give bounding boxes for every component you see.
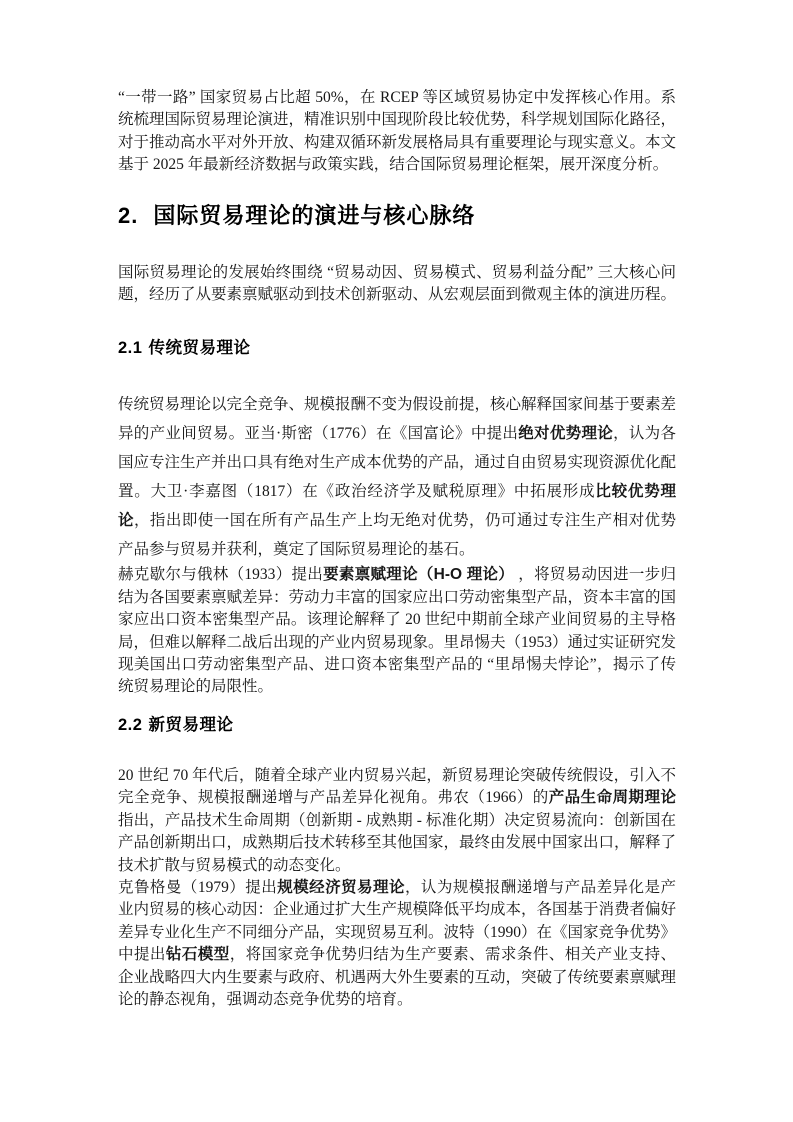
text-run: “一带一路” 国家贸易占比超 50%，在 RCEP 等区域贸易协定中发挥核心作用… bbox=[118, 89, 676, 173]
section-2-1-heading-number: 2.1 bbox=[118, 339, 142, 357]
document-page: “一带一路” 国家贸易占比超 50%，在 RCEP 等区域贸易协定中发挥核心作用… bbox=[0, 0, 793, 1122]
bold-term: 绝对优势理论 bbox=[518, 425, 613, 442]
section-2-1-heading-title: 传统贸易理论 bbox=[148, 339, 250, 357]
bold-term: 规模经济贸易理论 bbox=[277, 879, 405, 896]
traditional-theory-paragraph-1: 传统贸易理论以完全竞争、规模报酬不变为假设前提，核心解释国家间基于要素差异的产业… bbox=[118, 390, 676, 564]
section-2-1-heading: 2.1传统贸易理论 bbox=[118, 337, 676, 359]
text-run: 指出，产品技术生命周期（创新期 - 成熟期 - 标准化期）决定贸易流向：创新国在… bbox=[118, 812, 676, 874]
text-run: 国际贸易理论的发展始终围绕 “贸易动因、贸易模式、贸易利益分配” 三大核心问题，… bbox=[118, 264, 676, 303]
section-2-heading: 2.国际贸易理论的演进与核心脉络 bbox=[118, 201, 676, 231]
traditional-theory-paragraph-2: 赫克歇尔与俄林（1933）提出要素禀赋理论（H-O 理论） ，将贸易动因进一步归… bbox=[118, 564, 676, 698]
section-2-2-heading-title: 新贸易理论 bbox=[148, 716, 233, 734]
document-content: “一带一路” 国家贸易占比超 50%，在 RCEP 等区域贸易协定中发挥核心作用… bbox=[118, 87, 676, 1011]
section-2-heading-title: 国际贸易理论的演进与核心脉络 bbox=[153, 203, 475, 228]
bold-term: 产品生命周期理论 bbox=[549, 789, 676, 806]
new-trade-theory-paragraph-2: 克鲁格曼（1979）提出规模经济贸易理论，认为规模报酬递增与产品差异化是产业内贸… bbox=[118, 877, 676, 1011]
section-2-2-heading: 2.2新贸易理论 bbox=[118, 714, 676, 736]
section-2-heading-number: 2. bbox=[118, 203, 138, 228]
intro-paragraph: “一带一路” 国家贸易占比超 50%，在 RCEP 等区域贸易协定中发挥核心作用… bbox=[118, 87, 676, 177]
text-run: 克鲁格曼（1979）提出 bbox=[118, 879, 277, 896]
bold-term: 钻石模型 bbox=[166, 946, 230, 963]
bold-term: 要素禀赋理论（H-O 理论） bbox=[323, 566, 514, 583]
new-trade-theory-paragraph-1: 20 世纪 70 年代后，随着全球产业内贸易兴起，新贸易理论突破传统假设，引入不… bbox=[118, 765, 676, 877]
section-2-overview-paragraph: 国际贸易理论的发展始终围绕 “贸易动因、贸易模式、贸易利益分配” 三大核心问题，… bbox=[118, 262, 676, 307]
text-run: ，将贸易动因进一步归结为各国要素禀赋差异：劳动力丰富的国家应出口劳动密集型产品，… bbox=[118, 566, 676, 695]
section-2-2-heading-number: 2.2 bbox=[118, 716, 142, 734]
text-run: 赫克歇尔与俄林（1933）提出 bbox=[118, 566, 323, 583]
text-run: ，指出即使一国在所有产品生产上均无绝对优势，仍可通过专注生产相对优势产品参与贸易… bbox=[118, 512, 676, 558]
